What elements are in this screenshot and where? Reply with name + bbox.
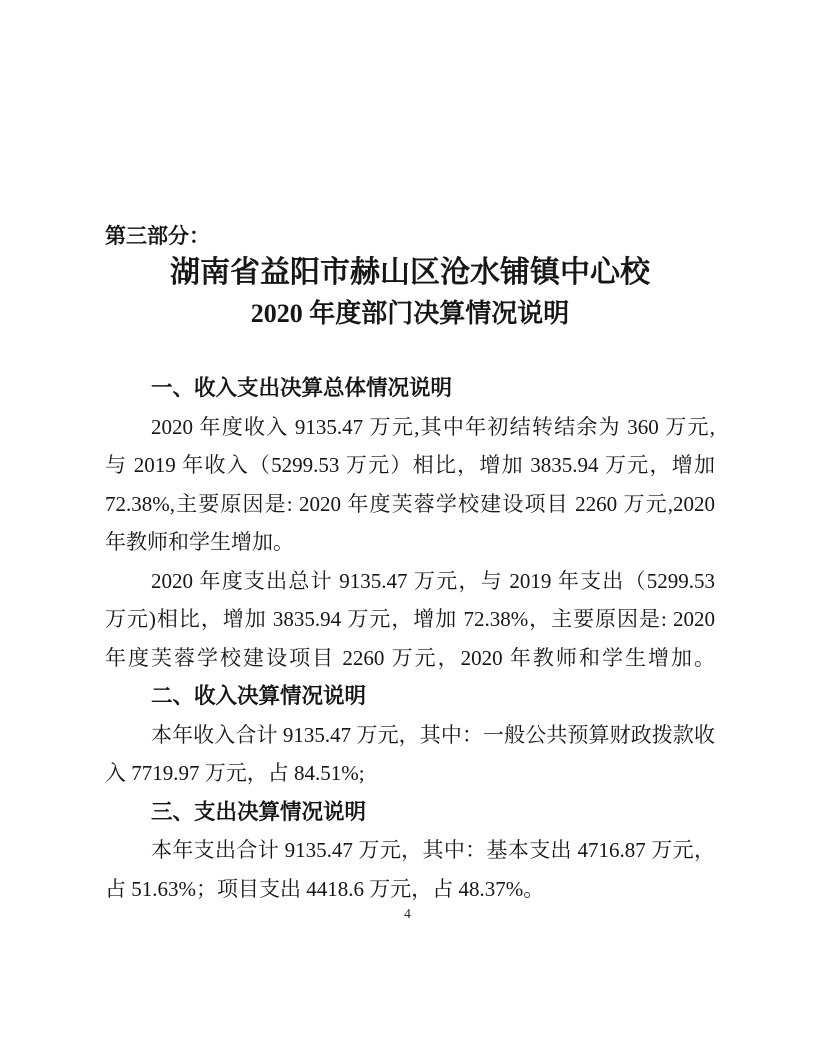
part-label: 第三部分： bbox=[105, 222, 715, 252]
paragraph-line: 年度芙蓉学校建设项目 2260 万元，2020 年教师和学生增加。 bbox=[105, 639, 715, 678]
document-title-line2: 2020 年度部门决算情况说明 bbox=[102, 295, 718, 333]
paragraph-line: 万元)相比，增加 3835.94 万元，增加 72.38%，主要原因是: 202… bbox=[105, 600, 715, 639]
paragraph-line: 年教师和学生增加。 bbox=[105, 523, 715, 562]
document-page: 第三部分： 湖南省益阳市赫山区沧水铺镇中心校 2020 年度部门决算情况说明 一… bbox=[0, 0, 815, 1055]
paragraph-line: 与 2019 年收入（5299.53 万元）相比，增加 3835.94 万元，增… bbox=[105, 446, 715, 485]
paragraph-line: 本年支出合计 9135.47 万元，其中：基本支出 4716.87 万元， bbox=[105, 831, 715, 870]
paragraph-line: 本年收入合计 9135.47 万元，其中：一般公共预算财政拨款收 bbox=[105, 716, 715, 755]
section-heading-1: 一、收入支出决算总体情况说明 bbox=[105, 369, 715, 408]
section-heading-3: 三、支出决算情况说明 bbox=[105, 793, 715, 832]
paragraph-line: 72.38%,主要原因是: 2020 年度芙蓉学校建设项目 2260 万元,20… bbox=[105, 485, 715, 524]
paragraph-line: 2020 年度支出总计 9135.47 万元，与 2019 年支出（5299.5… bbox=[105, 562, 715, 601]
paragraph-line: 入 7719.97 万元，占 84.51%; bbox=[105, 754, 715, 793]
section-heading-2: 二、收入决算情况说明 bbox=[105, 677, 715, 716]
paragraph-line: 2020 年度收入 9135.47 万元,其中年初结转结余为 360 万元, bbox=[105, 408, 715, 447]
document-title-line1: 湖南省益阳市赫山区沧水铺镇中心校 bbox=[102, 252, 718, 294]
document-body: 一、收入支出决算总体情况说明 2020 年度收入 9135.47 万元,其中年初… bbox=[105, 369, 715, 908]
page-number: 4 bbox=[0, 903, 815, 925]
